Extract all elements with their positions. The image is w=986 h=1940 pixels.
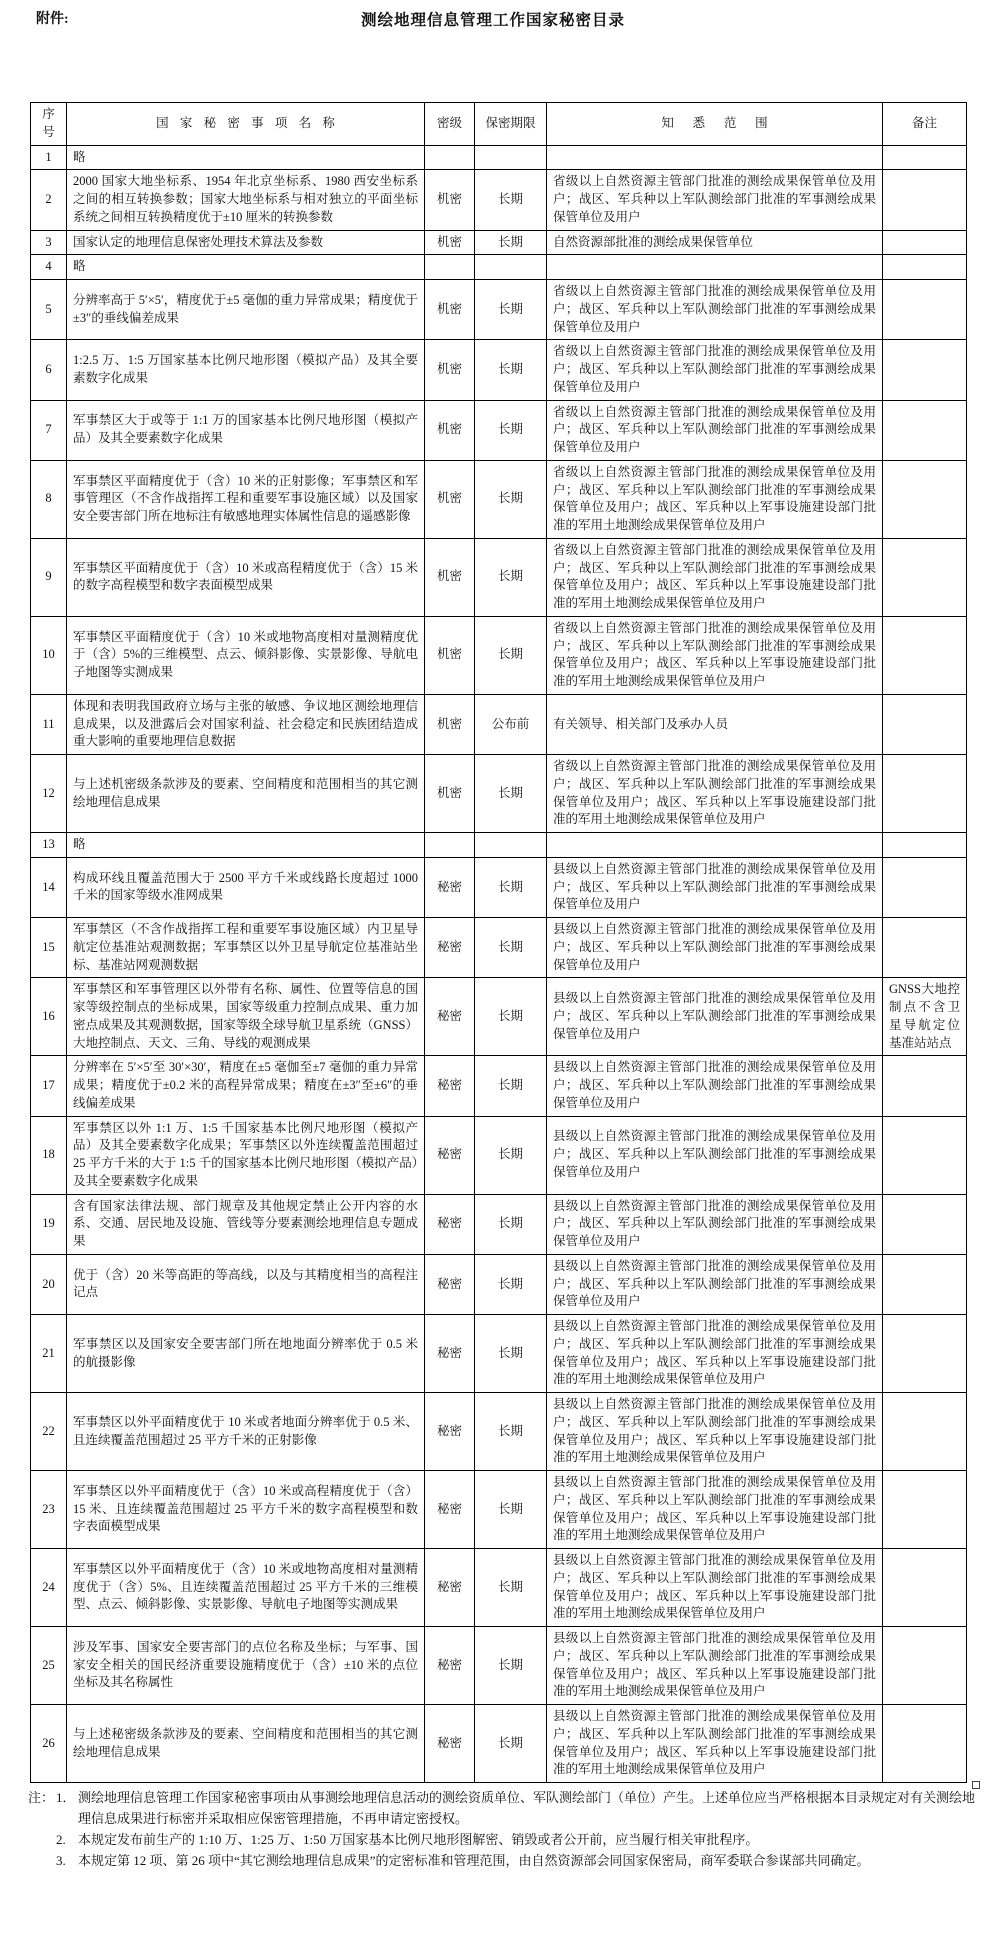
cell-serial-number: 17 — [31, 1056, 67, 1116]
cell-serial-number: 14 — [31, 857, 67, 917]
note-text: 本规定发布前生产的 1:10 万、1:25 万、1:50 万国家基本比例尺地形图… — [78, 1829, 978, 1850]
cell-classification-level: 机密 — [425, 400, 475, 460]
cell-classification-level: 机密 — [425, 340, 475, 400]
cell-secret-item-name: 含有国家法律法规、部门规章及其他规定禁止公开内容的水系、交通、居民地及设施、管线… — [67, 1194, 425, 1254]
cell-knowledge-scope: 县级以上自然资源主管部门批准的测绘成果保管单位及用户；战区、军兵种以上军队测绘部… — [547, 1315, 883, 1393]
column-header-serial-number: 序号 — [31, 103, 67, 146]
cell-secret-item-name: 军事禁区和军事管理区以外带有名称、属性、位置等信息的国家等级控制点的坐标成果，国… — [67, 978, 425, 1056]
cell-secret-item-name: 军事禁区以外平面精度优于 10 米或者地面分辨率优于 0.5 米、且连续覆盖范围… — [67, 1393, 425, 1471]
cell-confidentiality-period: 长期 — [475, 1315, 547, 1393]
cell-remark — [883, 1471, 967, 1549]
cell-remark — [883, 460, 967, 538]
cell-remark — [883, 170, 967, 230]
cell-classification-level: 秘密 — [425, 1315, 475, 1393]
table-row: 5 分辨率高于 5′×5′，精度优于±5 毫伽的重力异常成果；精度优于±3″的垂… — [31, 280, 967, 340]
cell-knowledge-scope: 县级以上自然资源主管部门批准的测绘成果保管单位及用户；战区、军兵种以上军队测绘部… — [547, 1194, 883, 1254]
cell-secret-item-name: 略 — [67, 145, 425, 170]
cell-secret-item-name: 与上述机密级条款涉及的要素、空间精度和范围相当的其它测绘地理信息成果 — [67, 755, 425, 833]
table-row: 24 军事禁区以外平面精度优于（含）10 米或地物高度相对量测精度优于（含）5%… — [31, 1549, 967, 1627]
cell-serial-number: 12 — [31, 755, 67, 833]
cell-classification-level: 秘密 — [425, 1116, 475, 1194]
cell-remark — [883, 616, 967, 694]
cell-serial-number: 2 — [31, 170, 67, 230]
cell-confidentiality-period: 长期 — [475, 400, 547, 460]
cell-confidentiality-period: 长期 — [475, 1393, 547, 1471]
table-row: 3 国家认定的地理信息保密处理技术算法及参数 机密 长期 自然资源部批准的测绘成… — [31, 230, 967, 255]
cell-classification-level: 机密 — [425, 280, 475, 340]
cell-secret-item-name: 略 — [67, 255, 425, 280]
table-row: 12 与上述机密级条款涉及的要素、空间精度和范围相当的其它测绘地理信息成果 机密… — [31, 755, 967, 833]
cell-confidentiality-period: 长期 — [475, 280, 547, 340]
cell-serial-number: 19 — [31, 1194, 67, 1254]
cell-classification-level: 秘密 — [425, 1627, 475, 1705]
cell-knowledge-scope: 省级以上自然资源主管部门批准的测绘成果保管单位及用户；战区、军兵种以上军队测绘部… — [547, 538, 883, 616]
cell-classification-level: 机密 — [425, 230, 475, 255]
cell-secret-item-name: 与上述秘密级条款涉及的要素、空间精度和范围相当的其它测绘地理信息成果 — [67, 1705, 425, 1783]
cell-remark — [883, 255, 967, 280]
cell-confidentiality-period: 公布前 — [475, 694, 547, 754]
cell-remark — [883, 538, 967, 616]
cell-secret-item-name: 军事禁区以及国家安全要害部门所在地地面分辨率优于 0.5 米的航摄影像 — [67, 1315, 425, 1393]
cell-serial-number: 11 — [31, 694, 67, 754]
cell-classification-level: 秘密 — [425, 1254, 475, 1314]
cell-remark: GNSS大地控制点不含卫星导航定位基准站站点 — [883, 978, 967, 1056]
table-row: 1 略 — [31, 145, 967, 170]
cell-secret-item-name: 军事禁区大于或等于 1:1 万的国家基本比例尺地形图（模拟产品）及其全要素数字化… — [67, 400, 425, 460]
note-item: 3. 本规定第 12 项、第 26 项中“其它测绘地理信息成果”的定密标准和管理… — [28, 1850, 978, 1871]
cell-remark — [883, 280, 967, 340]
cell-confidentiality-period: 长期 — [475, 1471, 547, 1549]
cell-secret-item-name: 军事禁区以外平面精度优于（含）10 米或地物高度相对量测精度优于（含）5%、且连… — [67, 1549, 425, 1627]
cell-classification-level: 机密 — [425, 538, 475, 616]
table-row: 26 与上述秘密级条款涉及的要素、空间精度和范围相当的其它测绘地理信息成果 秘密… — [31, 1705, 967, 1783]
cell-knowledge-scope: 县级以上自然资源主管部门批准的测绘成果保管单位及用户；战区、军兵种以上军队测绘部… — [547, 1116, 883, 1194]
cell-classification-level: 机密 — [425, 170, 475, 230]
cell-knowledge-scope: 县级以上自然资源主管部门批准的测绘成果保管单位及用户；战区、军兵种以上军队测绘部… — [547, 1056, 883, 1116]
cell-serial-number: 5 — [31, 280, 67, 340]
cell-remark — [883, 1194, 967, 1254]
secrets-directory-table: 序号 国家秘密事项名称 密级 保密期限 知悉范围 备注 1 略 2 2000 国… — [30, 102, 967, 1783]
cell-secret-item-name: 国家认定的地理信息保密处理技术算法及参数 — [67, 230, 425, 255]
cell-secret-item-name: 构成环线且覆盖范围大于 2500 平方千米或线路长度超过 1000 千米的国家等… — [67, 857, 425, 917]
cell-serial-number: 23 — [31, 1471, 67, 1549]
note-number: 2. — [56, 1829, 78, 1850]
cell-knowledge-scope: 自然资源部批准的测绘成果保管单位 — [547, 230, 883, 255]
cell-knowledge-scope: 省级以上自然资源主管部门批准的测绘成果保管单位及用户；战区、军兵种以上军队测绘部… — [547, 340, 883, 400]
cell-confidentiality-period: 长期 — [475, 538, 547, 616]
cell-secret-item-name: 2000 国家大地坐标系、1954 年北京坐标系、1980 西安坐标系之间的相互… — [67, 170, 425, 230]
cell-confidentiality-period: 长期 — [475, 1549, 547, 1627]
cell-secret-item-name: 1:2.5 万、1:5 万国家基本比例尺地形图（模拟产品）及其全要素数字化成果 — [67, 340, 425, 400]
note-text: 本规定第 12 项、第 26 项中“其它测绘地理信息成果”的定密标准和管理范围，… — [78, 1850, 978, 1871]
cell-secret-item-name: 军事禁区平面精度优于（含）10 米或高程精度优于（含）15 米的数字高程模型和数… — [67, 538, 425, 616]
cell-serial-number: 4 — [31, 255, 67, 280]
cell-confidentiality-period: 长期 — [475, 755, 547, 833]
cell-remark — [883, 1056, 967, 1116]
cell-knowledge-scope — [547, 833, 883, 858]
cell-confidentiality-period: 长期 — [475, 340, 547, 400]
cell-serial-number: 1 — [31, 145, 67, 170]
table-row: 6 1:2.5 万、1:5 万国家基本比例尺地形图（模拟产品）及其全要素数字化成… — [31, 340, 967, 400]
cell-remark — [883, 694, 967, 754]
cell-knowledge-scope — [547, 255, 883, 280]
cell-classification-level: 秘密 — [425, 918, 475, 978]
cell-confidentiality-period: 长期 — [475, 1056, 547, 1116]
cell-remark — [883, 1315, 967, 1393]
cell-confidentiality-period — [475, 833, 547, 858]
cell-classification-level: 秘密 — [425, 1393, 475, 1471]
note-item: 注： 1． 测绘地理信息管理工作国家秘密事项由从事测绘地理信息活动的测绘资质单位… — [28, 1787, 978, 1829]
table-row: 23 军事禁区以外平面精度优于（含）10 米或高程精度优于（含）15 米、且连续… — [31, 1471, 967, 1549]
cell-classification-level: 秘密 — [425, 1194, 475, 1254]
cell-confidentiality-period: 长期 — [475, 460, 547, 538]
column-header-secret-item-name: 国家秘密事项名称 — [67, 103, 425, 146]
cell-secret-item-name: 分辨率高于 5′×5′，精度优于±5 毫伽的重力异常成果；精度优于±3″的垂线偏… — [67, 280, 425, 340]
cell-serial-number: 9 — [31, 538, 67, 616]
note-text: 测绘地理信息管理工作国家秘密事项由从事测绘地理信息活动的测绘资质单位、军队测绘部… — [78, 1787, 978, 1829]
cell-classification-level: 秘密 — [425, 1471, 475, 1549]
cell-serial-number: 20 — [31, 1254, 67, 1314]
table-row: 11 体现和表明我国政府立场与主张的敏感、争议地区测绘地理信息成果，以及泄露后会… — [31, 694, 967, 754]
cell-remark — [883, 340, 967, 400]
cell-classification-level: 机密 — [425, 694, 475, 754]
cell-knowledge-scope: 县级以上自然资源主管部门批准的测绘成果保管单位及用户；战区、军兵种以上军队测绘部… — [547, 1627, 883, 1705]
cell-confidentiality-period: 长期 — [475, 978, 547, 1056]
column-header-knowledge-scope: 知悉范围 — [547, 103, 883, 146]
cell-confidentiality-period: 长期 — [475, 918, 547, 978]
cell-knowledge-scope: 县级以上自然资源主管部门批准的测绘成果保管单位及用户；战区、军兵种以上军队测绘部… — [547, 918, 883, 978]
cell-classification-level: 机密 — [425, 616, 475, 694]
cell-serial-number: 18 — [31, 1116, 67, 1194]
cell-serial-number: 3 — [31, 230, 67, 255]
note-number: 1． — [56, 1787, 78, 1808]
cell-remark — [883, 1116, 967, 1194]
table-row: 15 军事禁区（不含作战指挥工程和重要军事设施区域）内卫星导航定位基准站观测数据… — [31, 918, 967, 978]
table-row: 19 含有国家法律法规、部门规章及其他规定禁止公开内容的水系、交通、居民地及设施… — [31, 1194, 967, 1254]
cell-serial-number: 7 — [31, 400, 67, 460]
table-row: 7 军事禁区大于或等于 1:1 万的国家基本比例尺地形图（模拟产品）及其全要素数… — [31, 400, 967, 460]
cell-confidentiality-period — [475, 255, 547, 280]
cell-knowledge-scope: 省级以上自然资源主管部门批准的测绘成果保管单位及用户；战区、军兵种以上军队测绘部… — [547, 400, 883, 460]
cell-classification-level — [425, 145, 475, 170]
table-header-row: 序号 国家秘密事项名称 密级 保密期限 知悉范围 备注 — [31, 103, 967, 146]
column-header-remark: 备注 — [883, 103, 967, 146]
artifact-box — [972, 1781, 980, 1789]
cell-serial-number: 13 — [31, 833, 67, 858]
cell-secret-item-name: 军事禁区以外 1:1 万、1:5 千国家基本比例尺地形图（模拟产品）及其全要素数… — [67, 1116, 425, 1194]
cell-secret-item-name: 略 — [67, 833, 425, 858]
cell-remark — [883, 1705, 967, 1783]
note-item: 2. 本规定发布前生产的 1:10 万、1:25 万、1:50 万国家基本比例尺… — [28, 1829, 978, 1850]
cell-knowledge-scope: 省级以上自然资源主管部门批准的测绘成果保管单位及用户；战区、军兵种以上军队测绘部… — [547, 616, 883, 694]
table-row: 25 涉及军事、国家安全要害部门的点位名称及坐标；与军事、国家安全相关的国民经济… — [31, 1627, 967, 1705]
cell-serial-number: 22 — [31, 1393, 67, 1471]
note-number: 3. — [56, 1850, 78, 1871]
cell-serial-number: 15 — [31, 918, 67, 978]
cell-classification-level — [425, 833, 475, 858]
table-row: 16 军事禁区和军事管理区以外带有名称、属性、位置等信息的国家等级控制点的坐标成… — [31, 978, 967, 1056]
cell-knowledge-scope: 县级以上自然资源主管部门批准的测绘成果保管单位及用户；战区、军兵种以上军队测绘部… — [547, 1254, 883, 1314]
cell-secret-item-name: 体现和表明我国政府立场与主张的敏感、争议地区测绘地理信息成果，以及泄露后会对国家… — [67, 694, 425, 754]
cell-remark — [883, 1254, 967, 1314]
cell-remark — [883, 400, 967, 460]
column-header-confidentiality-period: 保密期限 — [475, 103, 547, 146]
document-page: 附件: 测绘地理信息管理工作国家秘密目录 序号 国家秘密事项名称 密级 保密期限… — [0, 0, 986, 1871]
cell-serial-number: 24 — [31, 1549, 67, 1627]
cell-serial-number: 10 — [31, 616, 67, 694]
cell-remark — [883, 1393, 967, 1471]
cell-serial-number: 25 — [31, 1627, 67, 1705]
table-row: 14 构成环线且覆盖范围大于 2500 平方千米或线路长度超过 1000 千米的… — [31, 857, 967, 917]
cell-serial-number: 21 — [31, 1315, 67, 1393]
cell-remark — [883, 1549, 967, 1627]
cell-confidentiality-period: 长期 — [475, 857, 547, 917]
cell-knowledge-scope: 省级以上自然资源主管部门批准的测绘成果保管单位及用户；战区、军兵种以上军队测绘部… — [547, 755, 883, 833]
cell-knowledge-scope: 省级以上自然资源主管部门批准的测绘成果保管单位及用户；战区、军兵种以上军队测绘部… — [547, 460, 883, 538]
cell-knowledge-scope: 县级以上自然资源主管部门批准的测绘成果保管单位及用户；战区、军兵种以上军队测绘部… — [547, 978, 883, 1056]
table-row: 10 军事禁区平面精度优于（含）10 米或地物高度相对量测精度优于（含）5%的三… — [31, 616, 967, 694]
cell-confidentiality-period: 长期 — [475, 1116, 547, 1194]
table-row: 2 2000 国家大地坐标系、1954 年北京坐标系、1980 西安坐标系之间的… — [31, 170, 967, 230]
cell-remark — [883, 755, 967, 833]
cell-secret-item-name: 涉及军事、国家安全要害部门的点位名称及坐标；与军事、国家安全相关的国民经济重要设… — [67, 1627, 425, 1705]
cell-secret-item-name: 军事禁区平面精度优于（含）10 米或地物高度相对量测精度优于（含）5%的三维模型… — [67, 616, 425, 694]
cell-knowledge-scope: 县级以上自然资源主管部门批准的测绘成果保管单位及用户；战区、军兵种以上军队测绘部… — [547, 857, 883, 917]
page-title: 测绘地理信息管理工作国家秘密目录 — [0, 8, 986, 30]
cell-secret-item-name: 分辨率在 5′×5′至 30′×30′，精度在±5 毫伽至±7 毫伽的重力异常成… — [67, 1056, 425, 1116]
cell-confidentiality-period: 长期 — [475, 1254, 547, 1314]
cell-classification-level: 秘密 — [425, 1705, 475, 1783]
cell-serial-number: 8 — [31, 460, 67, 538]
cell-remark — [883, 857, 967, 917]
cell-classification-level: 秘密 — [425, 1056, 475, 1116]
cell-classification-level: 秘密 — [425, 978, 475, 1056]
cell-remark — [883, 833, 967, 858]
cell-remark — [883, 1627, 967, 1705]
cell-remark — [883, 230, 967, 255]
cell-secret-item-name: 军事禁区平面精度优于（含）10 米的正射影像；军事禁区和军事管理区（不含作战指挥… — [67, 460, 425, 538]
table-row: 9 军事禁区平面精度优于（含）10 米或高程精度优于（含）15 米的数字高程模型… — [31, 538, 967, 616]
table-row: 13 略 — [31, 833, 967, 858]
cell-confidentiality-period: 长期 — [475, 616, 547, 694]
cell-knowledge-scope: 县级以上自然资源主管部门批准的测绘成果保管单位及用户；战区、军兵种以上军队测绘部… — [547, 1471, 883, 1549]
cell-confidentiality-period: 长期 — [475, 1194, 547, 1254]
cell-serial-number: 16 — [31, 978, 67, 1056]
note-label: 注： — [28, 1787, 56, 1808]
cell-classification-level: 秘密 — [425, 857, 475, 917]
table-row: 8 军事禁区平面精度优于（含）10 米的正射影像；军事禁区和军事管理区（不含作战… — [31, 460, 967, 538]
attachment-label: 附件: — [36, 8, 69, 28]
table-row: 4 略 — [31, 255, 967, 280]
cell-confidentiality-period: 长期 — [475, 230, 547, 255]
footnotes-section: 注： 1． 测绘地理信息管理工作国家秘密事项由从事测绘地理信息活动的测绘资质单位… — [28, 1787, 978, 1871]
cell-knowledge-scope: 省级以上自然资源主管部门批准的测绘成果保管单位及用户；战区、军兵种以上军队测绘部… — [547, 170, 883, 230]
column-header-classification-level: 密级 — [425, 103, 475, 146]
cell-knowledge-scope: 省级以上自然资源主管部门批准的测绘成果保管单位及用户；战区、军兵种以上军队测绘部… — [547, 280, 883, 340]
document-header: 附件: 测绘地理信息管理工作国家秘密目录 — [0, 0, 986, 32]
cell-secret-item-name: 军事禁区（不含作战指挥工程和重要军事设施区域）内卫星导航定位基准站观测数据；军事… — [67, 918, 425, 978]
cell-serial-number: 26 — [31, 1705, 67, 1783]
table-row: 21 军事禁区以及国家安全要害部门所在地地面分辨率优于 0.5 米的航摄影像 秘… — [31, 1315, 967, 1393]
table-row: 20 优于（含）20 米等高距的等高线，以及与其精度相当的高程注记点 秘密 长期… — [31, 1254, 967, 1314]
cell-confidentiality-period: 长期 — [475, 1705, 547, 1783]
cell-knowledge-scope: 县级以上自然资源主管部门批准的测绘成果保管单位及用户；战区、军兵种以上军队测绘部… — [547, 1705, 883, 1783]
cell-knowledge-scope: 县级以上自然资源主管部门批准的测绘成果保管单位及用户；战区、军兵种以上军队测绘部… — [547, 1393, 883, 1471]
cell-remark — [883, 918, 967, 978]
cell-confidentiality-period: 长期 — [475, 170, 547, 230]
cell-confidentiality-period: 长期 — [475, 1627, 547, 1705]
cell-secret-item-name: 军事禁区以外平面精度优于（含）10 米或高程精度优于（含）15 米、且连续覆盖范… — [67, 1471, 425, 1549]
table-row: 17 分辨率在 5′×5′至 30′×30′，精度在±5 毫伽至±7 毫伽的重力… — [31, 1056, 967, 1116]
table-row: 18 军事禁区以外 1:1 万、1:5 千国家基本比例尺地形图（模拟产品）及其全… — [31, 1116, 967, 1194]
cell-classification-level: 秘密 — [425, 1549, 475, 1627]
cell-secret-item-name: 优于（含）20 米等高距的等高线，以及与其精度相当的高程注记点 — [67, 1254, 425, 1314]
cell-remark — [883, 145, 967, 170]
cell-serial-number: 6 — [31, 340, 67, 400]
cell-classification-level: 机密 — [425, 460, 475, 538]
cell-classification-level: 机密 — [425, 755, 475, 833]
cell-knowledge-scope: 县级以上自然资源主管部门批准的测绘成果保管单位及用户；战区、军兵种以上军队测绘部… — [547, 1549, 883, 1627]
cell-knowledge-scope — [547, 145, 883, 170]
table-row: 22 军事禁区以外平面精度优于 10 米或者地面分辨率优于 0.5 米、且连续覆… — [31, 1393, 967, 1471]
cell-classification-level — [425, 255, 475, 280]
cell-confidentiality-period — [475, 145, 547, 170]
cell-knowledge-scope: 有关领导、相关部门及承办人员 — [547, 694, 883, 754]
